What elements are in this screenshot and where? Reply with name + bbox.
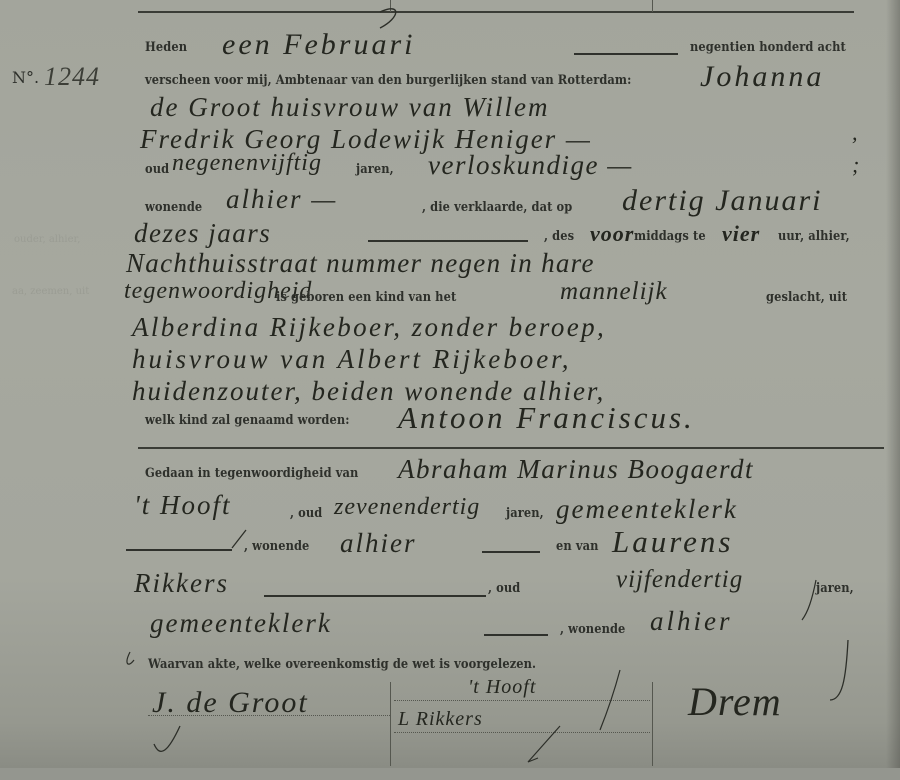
pen-flourishes [0,0,900,768]
scan-bottom-edge [0,768,900,780]
birth-certificate-page: ouder, alhier, aa, zeemen, uit N°. 1244 … [0,0,900,768]
